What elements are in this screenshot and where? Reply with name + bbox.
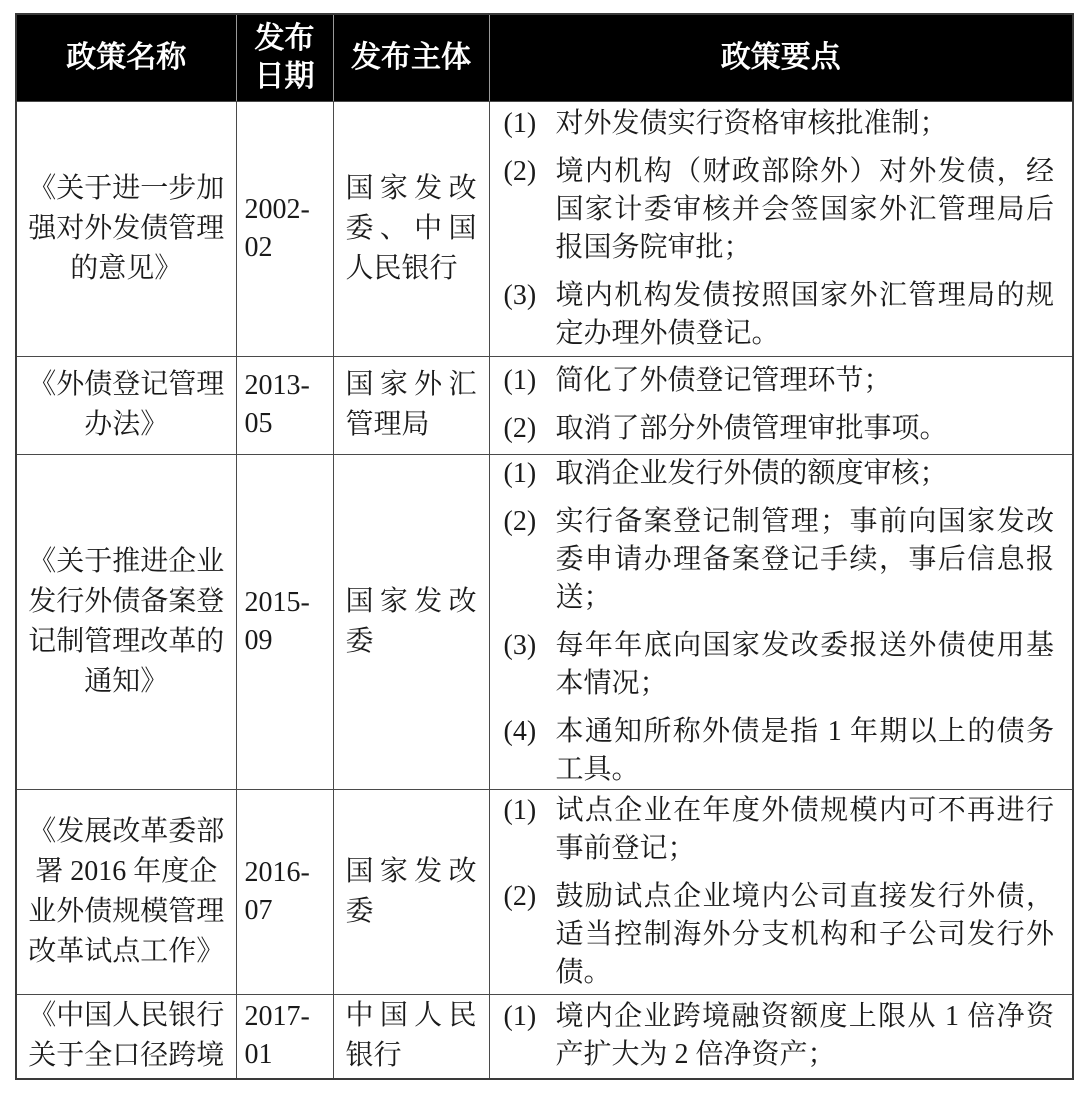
point-text: 境内企业跨境融资额度上限从 1 倍净资产扩大为 2 倍净资产； (556, 998, 1055, 1074)
table-row: 《发展改革委部署 2016 年度企业外债规模管理改革试点工作》 2016-07 … (16, 789, 1073, 994)
issuer-cell: 国家发改委 (333, 454, 489, 789)
points-list: (1) 境内企业跨境融资额度上限从 1 倍净资产扩大为 2 倍净资产； (504, 998, 1055, 1074)
points-cell: (1) 境内企业跨境融资额度上限从 1 倍净资产扩大为 2 倍净资产； (489, 994, 1073, 1079)
document-page: 政策名称 发布日期 发布主体 政策要点 《关于进一步加强对外发债管理的意见》 2… (0, 0, 1080, 1095)
point-text: 取消了部分外债管理审批事项。 (556, 410, 1055, 448)
point-text: 简化了外债登记管理环节； (556, 362, 1055, 400)
points-list: (1) 取消企业发行外债的额度审核； (2) 实行备案登记制管理；事前向国家发改… (504, 455, 1055, 789)
point-number: (1) (504, 362, 556, 400)
col-header-publish-date: 发布日期 (236, 14, 333, 101)
policy-name-cell: 《外债登记管理办法》 (16, 356, 236, 454)
policy-point-item: (1) 对外发债实行资格审核批准制； (504, 105, 1055, 143)
table-header-row: 政策名称 发布日期 发布主体 政策要点 (16, 14, 1073, 101)
point-number: (1) (504, 105, 556, 143)
table-row: 《关于进一步加强对外发债管理的意见》 2002-02 国家发改委、中国人民银行 … (16, 101, 1073, 356)
publish-date-cell: 2016-07 (236, 789, 333, 994)
publish-date-cell: 2015-09 (236, 454, 333, 789)
point-number: (2) (504, 878, 556, 992)
points-list: (1) 试点企业在年度外债规模内可不再进行事前登记； (2) 鼓励试点企业境内公… (504, 792, 1055, 992)
issuer-cell: 国家发改委、中国人民银行 (333, 101, 489, 356)
policy-name-cell: 《关于进一步加强对外发债管理的意见》 (16, 101, 236, 356)
policy-point-item: (4) 本通知所称外债是指 1 年期以上的债务工具。 (504, 713, 1055, 789)
point-text: 实行备案登记制管理；事前向国家发改委申请办理备案登记手续，事后信息报送； (556, 503, 1055, 617)
policy-point-item: (1) 简化了外债登记管理环节； (504, 362, 1055, 400)
point-text: 本通知所称外债是指 1 年期以上的债务工具。 (556, 713, 1055, 789)
table-row: 《关于推进企业发行外债备案登记制管理改革的通知》 2015-09 国家发改委 (… (16, 454, 1073, 789)
points-cell: (1) 取消企业发行外债的额度审核； (2) 实行备案登记制管理；事前向国家发改… (489, 454, 1073, 789)
point-text: 每年年底向国家发改委报送外债使用基本情况； (556, 627, 1055, 703)
col-header-policy-name: 政策名称 (16, 14, 236, 101)
point-number: (3) (504, 277, 556, 353)
point-number: (2) (504, 153, 556, 267)
policy-table: 政策名称 发布日期 发布主体 政策要点 《关于进一步加强对外发债管理的意见》 2… (15, 13, 1074, 1080)
policy-name-cell: 《发展改革委部署 2016 年度企业外债规模管理改革试点工作》 (16, 789, 236, 994)
publish-date-cell: 2017-01 (236, 994, 333, 1079)
col-header-issuer: 发布主体 (333, 14, 489, 101)
point-number: (4) (504, 713, 556, 789)
table-row: 《中国人民银行关于全口径跨境 2017-01 中国人民银行 (1) 境内企业跨境… (16, 994, 1073, 1079)
points-cell: (1) 试点企业在年度外债规模内可不再进行事前登记； (2) 鼓励试点企业境内公… (489, 789, 1073, 994)
points-list: (1) 对外发债实行资格审核批准制； (2) 境内机构（财政部除外）对外发债，经… (504, 105, 1055, 353)
policy-point-item: (1) 试点企业在年度外债规模内可不再进行事前登记； (504, 792, 1055, 868)
point-text: 鼓励试点企业境内公司直接发行外债，适当控制海外分支机构和子公司发行外债。 (556, 878, 1055, 992)
policy-point-item: (3) 境内机构发债按照国家外汇管理局的规定办理外债登记。 (504, 277, 1055, 353)
point-text: 取消企业发行外债的额度审核； (556, 455, 1055, 493)
points-cell: (1) 简化了外债登记管理环节； (2) 取消了部分外债管理审批事项。 (489, 356, 1073, 454)
policy-point-item: (2) 境内机构（财政部除外）对外发债，经国家计委审核并会签国家外汇管理局后报国… (504, 153, 1055, 267)
point-number: (2) (504, 410, 556, 448)
point-text: 对外发债实行资格审核批准制； (556, 105, 1055, 143)
points-list: (1) 简化了外债登记管理环节； (2) 取消了部分外债管理审批事项。 (504, 362, 1055, 448)
point-number: (2) (504, 503, 556, 617)
policy-point-item: (1) 境内企业跨境融资额度上限从 1 倍净资产扩大为 2 倍净资产； (504, 998, 1055, 1074)
issuer-cell: 国家外汇管理局 (333, 356, 489, 454)
point-number: (1) (504, 998, 556, 1074)
policy-point-item: (3) 每年年底向国家发改委报送外债使用基本情况； (504, 627, 1055, 703)
publish-date-cell: 2002-02 (236, 101, 333, 356)
policy-point-item: (2) 鼓励试点企业境内公司直接发行外债，适当控制海外分支机构和子公司发行外债。 (504, 878, 1055, 992)
table-row: 《外债登记管理办法》 2013-05 国家外汇管理局 (1) 简化了外债登记管理… (16, 356, 1073, 454)
point-number: (1) (504, 792, 556, 868)
point-text: 试点企业在年度外债规模内可不再进行事前登记； (556, 792, 1055, 868)
policy-point-item: (1) 取消企业发行外债的额度审核； (504, 455, 1055, 493)
policy-point-item: (2) 取消了部分外债管理审批事项。 (504, 410, 1055, 448)
issuer-cell: 国家发改委 (333, 789, 489, 994)
policy-point-item: (2) 实行备案登记制管理；事前向国家发改委申请办理备案登记手续，事后信息报送； (504, 503, 1055, 617)
point-number: (3) (504, 627, 556, 703)
col-header-policy-points: 政策要点 (489, 14, 1073, 101)
points-cell: (1) 对外发债实行资格审核批准制； (2) 境内机构（财政部除外）对外发债，经… (489, 101, 1073, 356)
policy-name-cell: 《关于推进企业发行外债备案登记制管理改革的通知》 (16, 454, 236, 789)
publish-date-cell: 2013-05 (236, 356, 333, 454)
point-text: 境内机构（财政部除外）对外发债，经国家计委审核并会签国家外汇管理局后报国务院审批… (556, 153, 1055, 267)
policy-name-cell: 《中国人民银行关于全口径跨境 (16, 994, 236, 1079)
point-text: 境内机构发债按照国家外汇管理局的规定办理外债登记。 (556, 277, 1055, 353)
point-number: (1) (504, 455, 556, 493)
issuer-cell: 中国人民银行 (333, 994, 489, 1079)
